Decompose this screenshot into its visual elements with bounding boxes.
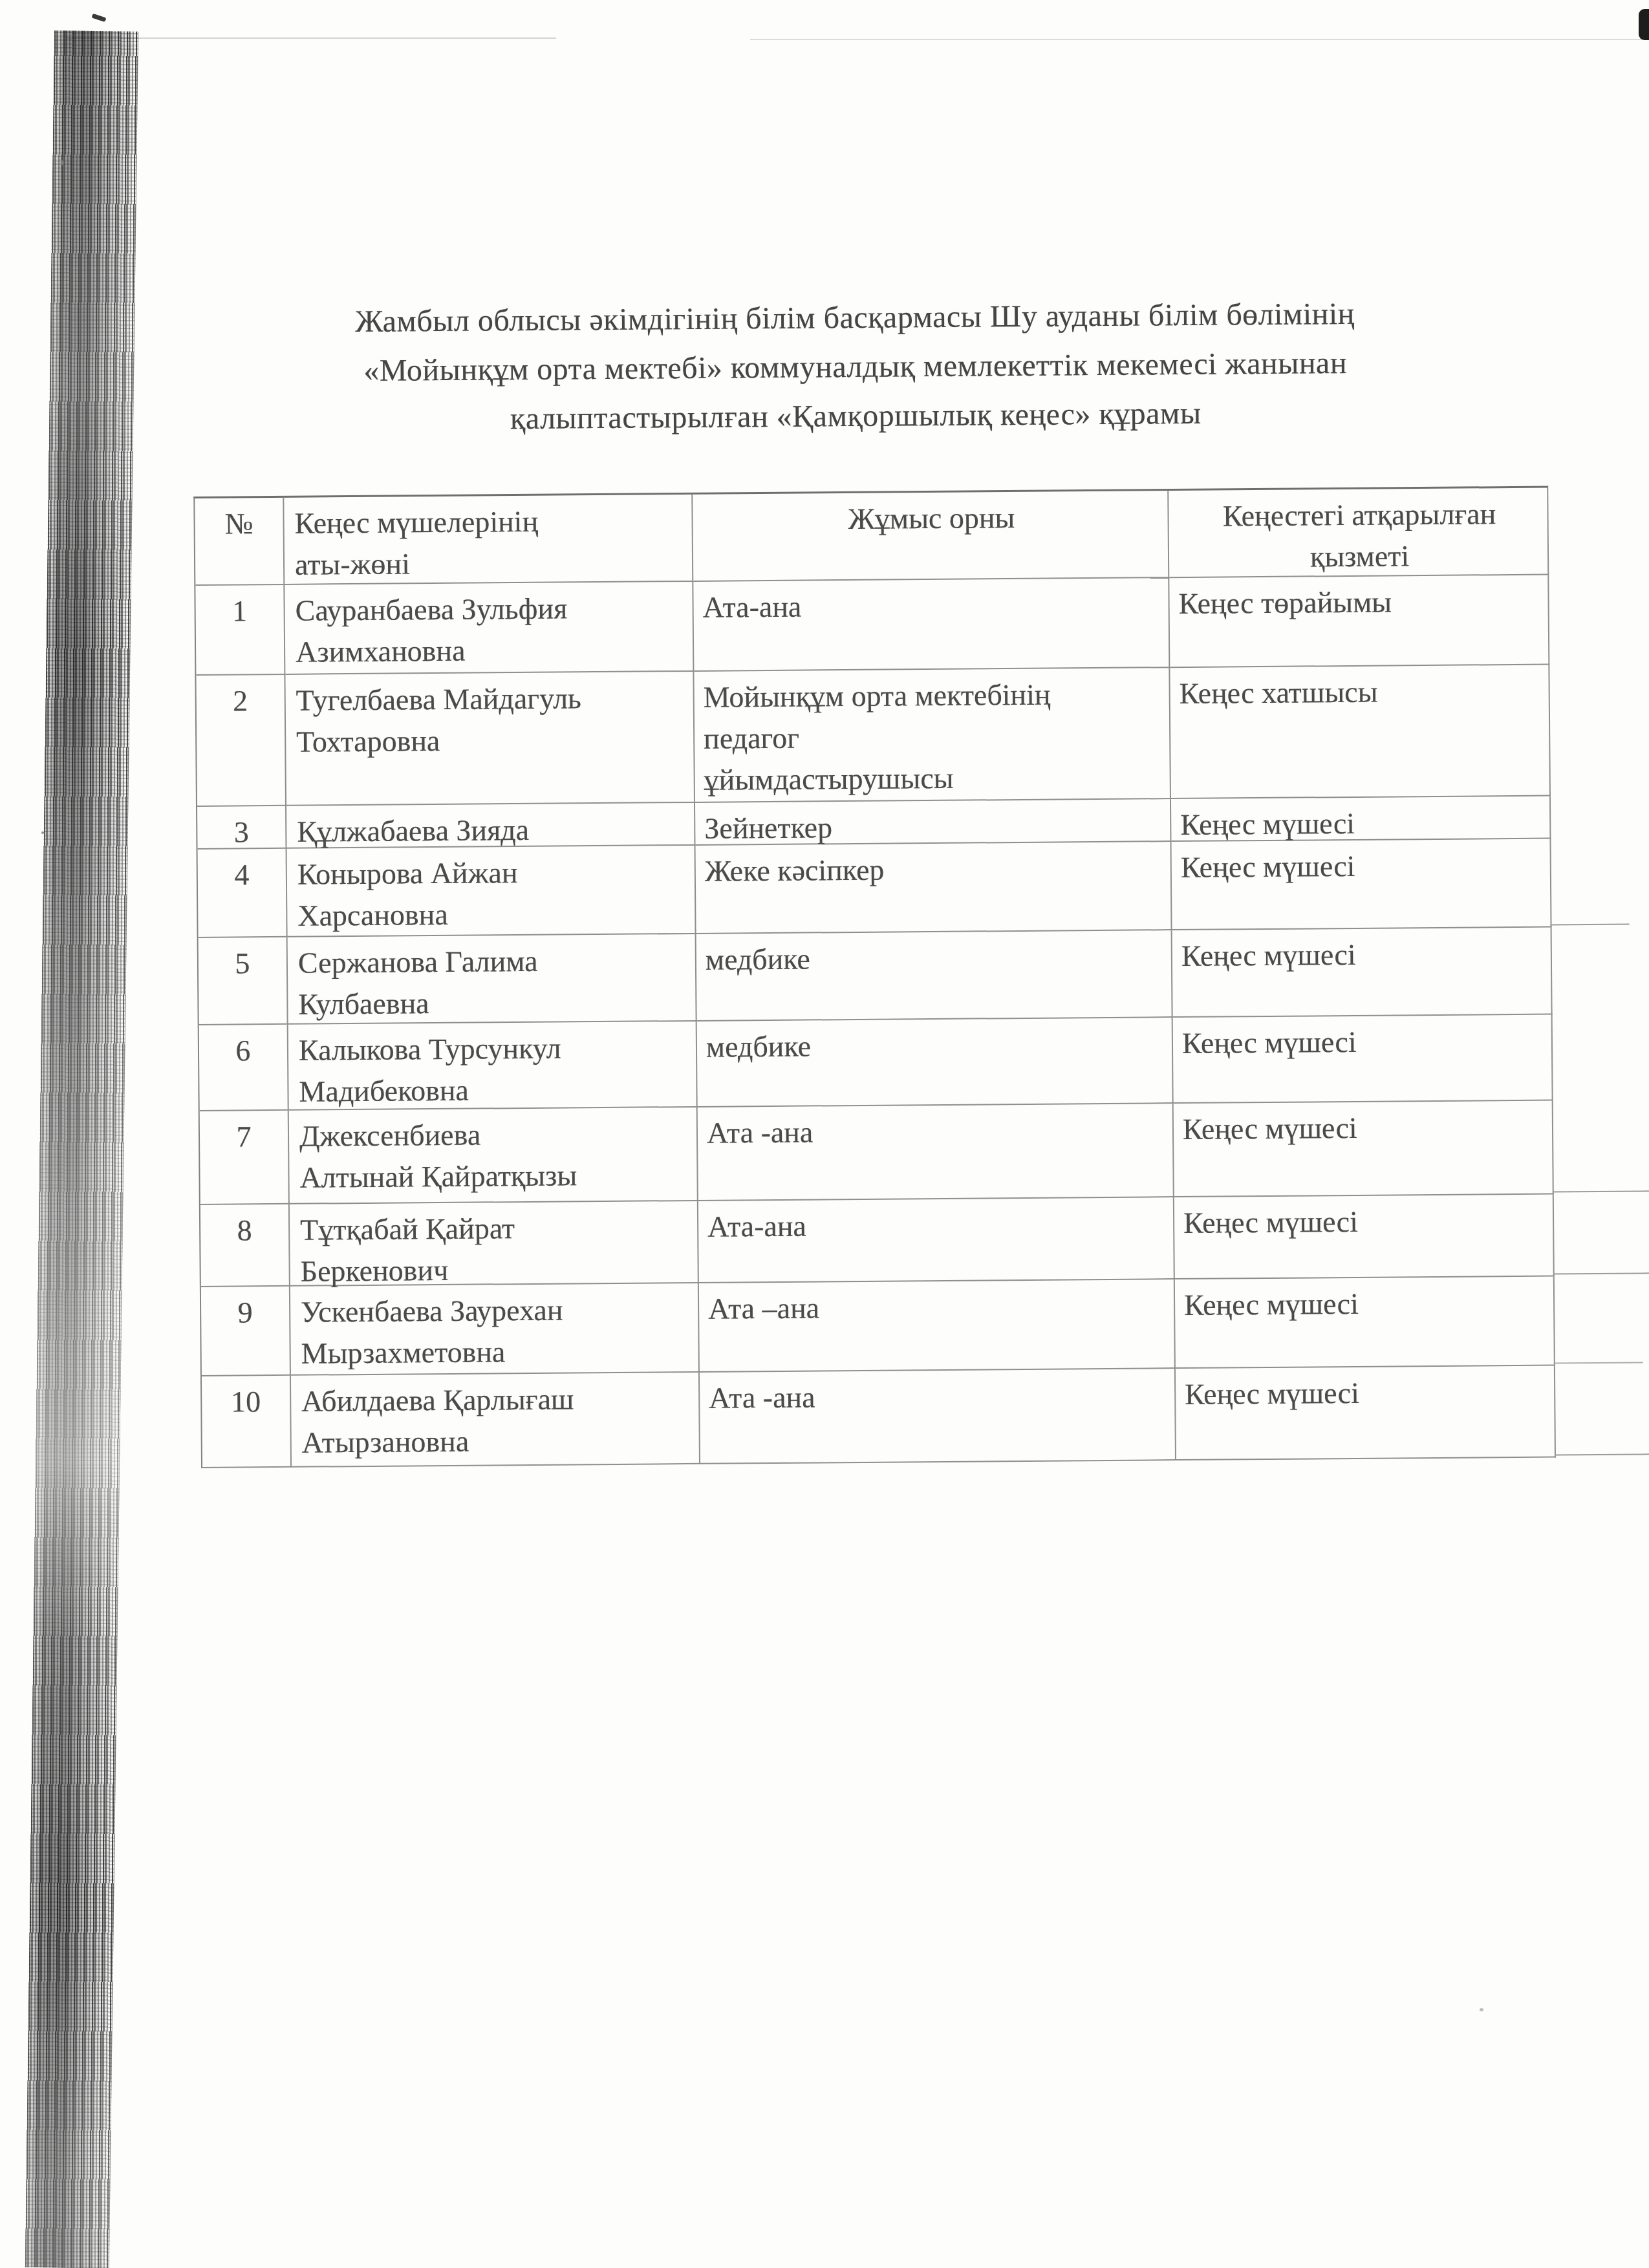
workplace: Зейнеткер [695, 799, 1171, 846]
council-role: Кеңес мүшесі [1171, 839, 1551, 931]
member-name: Абилдаева Қарлығаш Атырзановна [291, 1373, 700, 1468]
table-row: 8 Тұтқабай Қайрат Беркенович Ата-ана Кең… [200, 1194, 1555, 1287]
row-number: 5 [199, 937, 288, 1025]
workplace: Ата -ана [698, 1104, 1174, 1201]
member-name: Сержанова Галима Кулбаевна [288, 934, 697, 1025]
header-workplace: Жұмыс орны [693, 491, 1169, 582]
scan-line-bleed [1551, 924, 1630, 926]
council-role: Кеңес мүшесі [1171, 797, 1551, 842]
council-members-table: № Кеңес мүшелерінің аты-жөні Жұмыс орны … [193, 486, 1556, 1468]
council-role: Кеңес мүшесі [1176, 1365, 1556, 1460]
document-content: Жамбыл облысы әкімдігінің білім басқарма… [0, 0, 1649, 2268]
member-name: Тугелбаева Майдагуль Тохтаровна [285, 672, 695, 806]
scanned-document-page: Жамбыл облысы әкімдігінің білім басқарма… [0, 0, 1649, 2268]
member-name: Сауранбаева Зульфия Азимхановна [285, 582, 694, 675]
member-name: Ускенбаева Заурехан Мырзахметовна [290, 1283, 700, 1376]
row-number: 1 [195, 585, 285, 676]
workplace: Ата-ана [693, 578, 1170, 672]
council-role: Кеңес мүшесі [1174, 1194, 1555, 1279]
workplace: Жеке кәсіпкер [696, 842, 1172, 934]
row-number: 4 [198, 849, 288, 938]
workplace: медбике [696, 930, 1173, 1022]
workplace: Ата -ана [700, 1369, 1176, 1464]
council-role: Кеңес мүшесі [1175, 1276, 1555, 1369]
row-number: 9 [201, 1287, 291, 1376]
document-title: Жамбыл облысы әкімдігінің білім басқарма… [163, 288, 1548, 447]
row-number: 8 [200, 1204, 290, 1287]
header-number: № [195, 498, 285, 586]
workplace: Мойынқұм орта мектебінің педагог ұйымдас… [694, 668, 1171, 803]
table-row: 1 Сауранбаева Зульфия Азимхановна Ата-ан… [195, 575, 1549, 676]
council-role: Кеңес хатшысы [1170, 665, 1551, 800]
row-number: 6 [199, 1025, 289, 1111]
member-name: Құлжабаева Зияда [286, 803, 695, 849]
member-name: Конырова Айжан Харсановна [287, 846, 696, 937]
table-row: 9 Ускенбаева Заурехан Мырзахметовна Ата … [201, 1276, 1555, 1376]
row-number: 2 [196, 675, 286, 807]
workplace: Ата –ана [699, 1279, 1176, 1373]
table-row: 6 Калыкова Турсункул Мадибековна медбике… [199, 1015, 1553, 1111]
table-row: 5 Сержанова Галима Кулбаевна медбике Кең… [199, 928, 1553, 1025]
member-name: Джексенбиева Алтынай Қайратқызы [289, 1107, 698, 1204]
row-number: 3 [197, 806, 287, 850]
council-role: Кеңес мүшесі [1173, 1015, 1553, 1104]
header-member-name: Кеңес мүшелерінің аты-жөні [284, 495, 693, 585]
council-role: Кеңес мүшесі [1174, 1101, 1554, 1198]
scan-line-bleed [1553, 1190, 1649, 1192]
table-header-row: № Кеңес мүшелерінің аты-жөні Жұмыс орны … [195, 488, 1549, 586]
header-council-role: Кеңестегі атқарылған қызметі [1169, 488, 1549, 579]
scan-line-bleed [1553, 1272, 1649, 1274]
member-name: Калыкова Турсункул Мадибековна [288, 1022, 698, 1111]
scan-line-bleed [1555, 1453, 1649, 1455]
table-row: 2 Тугелбаева Майдагуль Тохтаровна Мойынқ… [196, 665, 1551, 807]
council-role: Кеңес төрайымы [1169, 575, 1549, 669]
table-row: 4 Конырова Айжан Харсановна Жеке кәсіпке… [198, 839, 1552, 938]
council-role: Кеңес мүшесі [1172, 928, 1553, 1018]
workplace: медбике [697, 1018, 1174, 1107]
table-row: 7 Джексенбиева Алтынай Қайратқызы Ата -а… [200, 1101, 1554, 1205]
member-name: Тұтқабай Қайрат Беркенович [290, 1201, 699, 1287]
row-number: 7 [200, 1111, 290, 1205]
scan-line-bleed [1554, 1362, 1643, 1364]
table-row: 10 Абилдаева Қарлығаш Атырзановна Ата -а… [202, 1365, 1556, 1468]
workplace: Ата-ана [698, 1197, 1175, 1283]
row-number: 10 [202, 1376, 292, 1468]
